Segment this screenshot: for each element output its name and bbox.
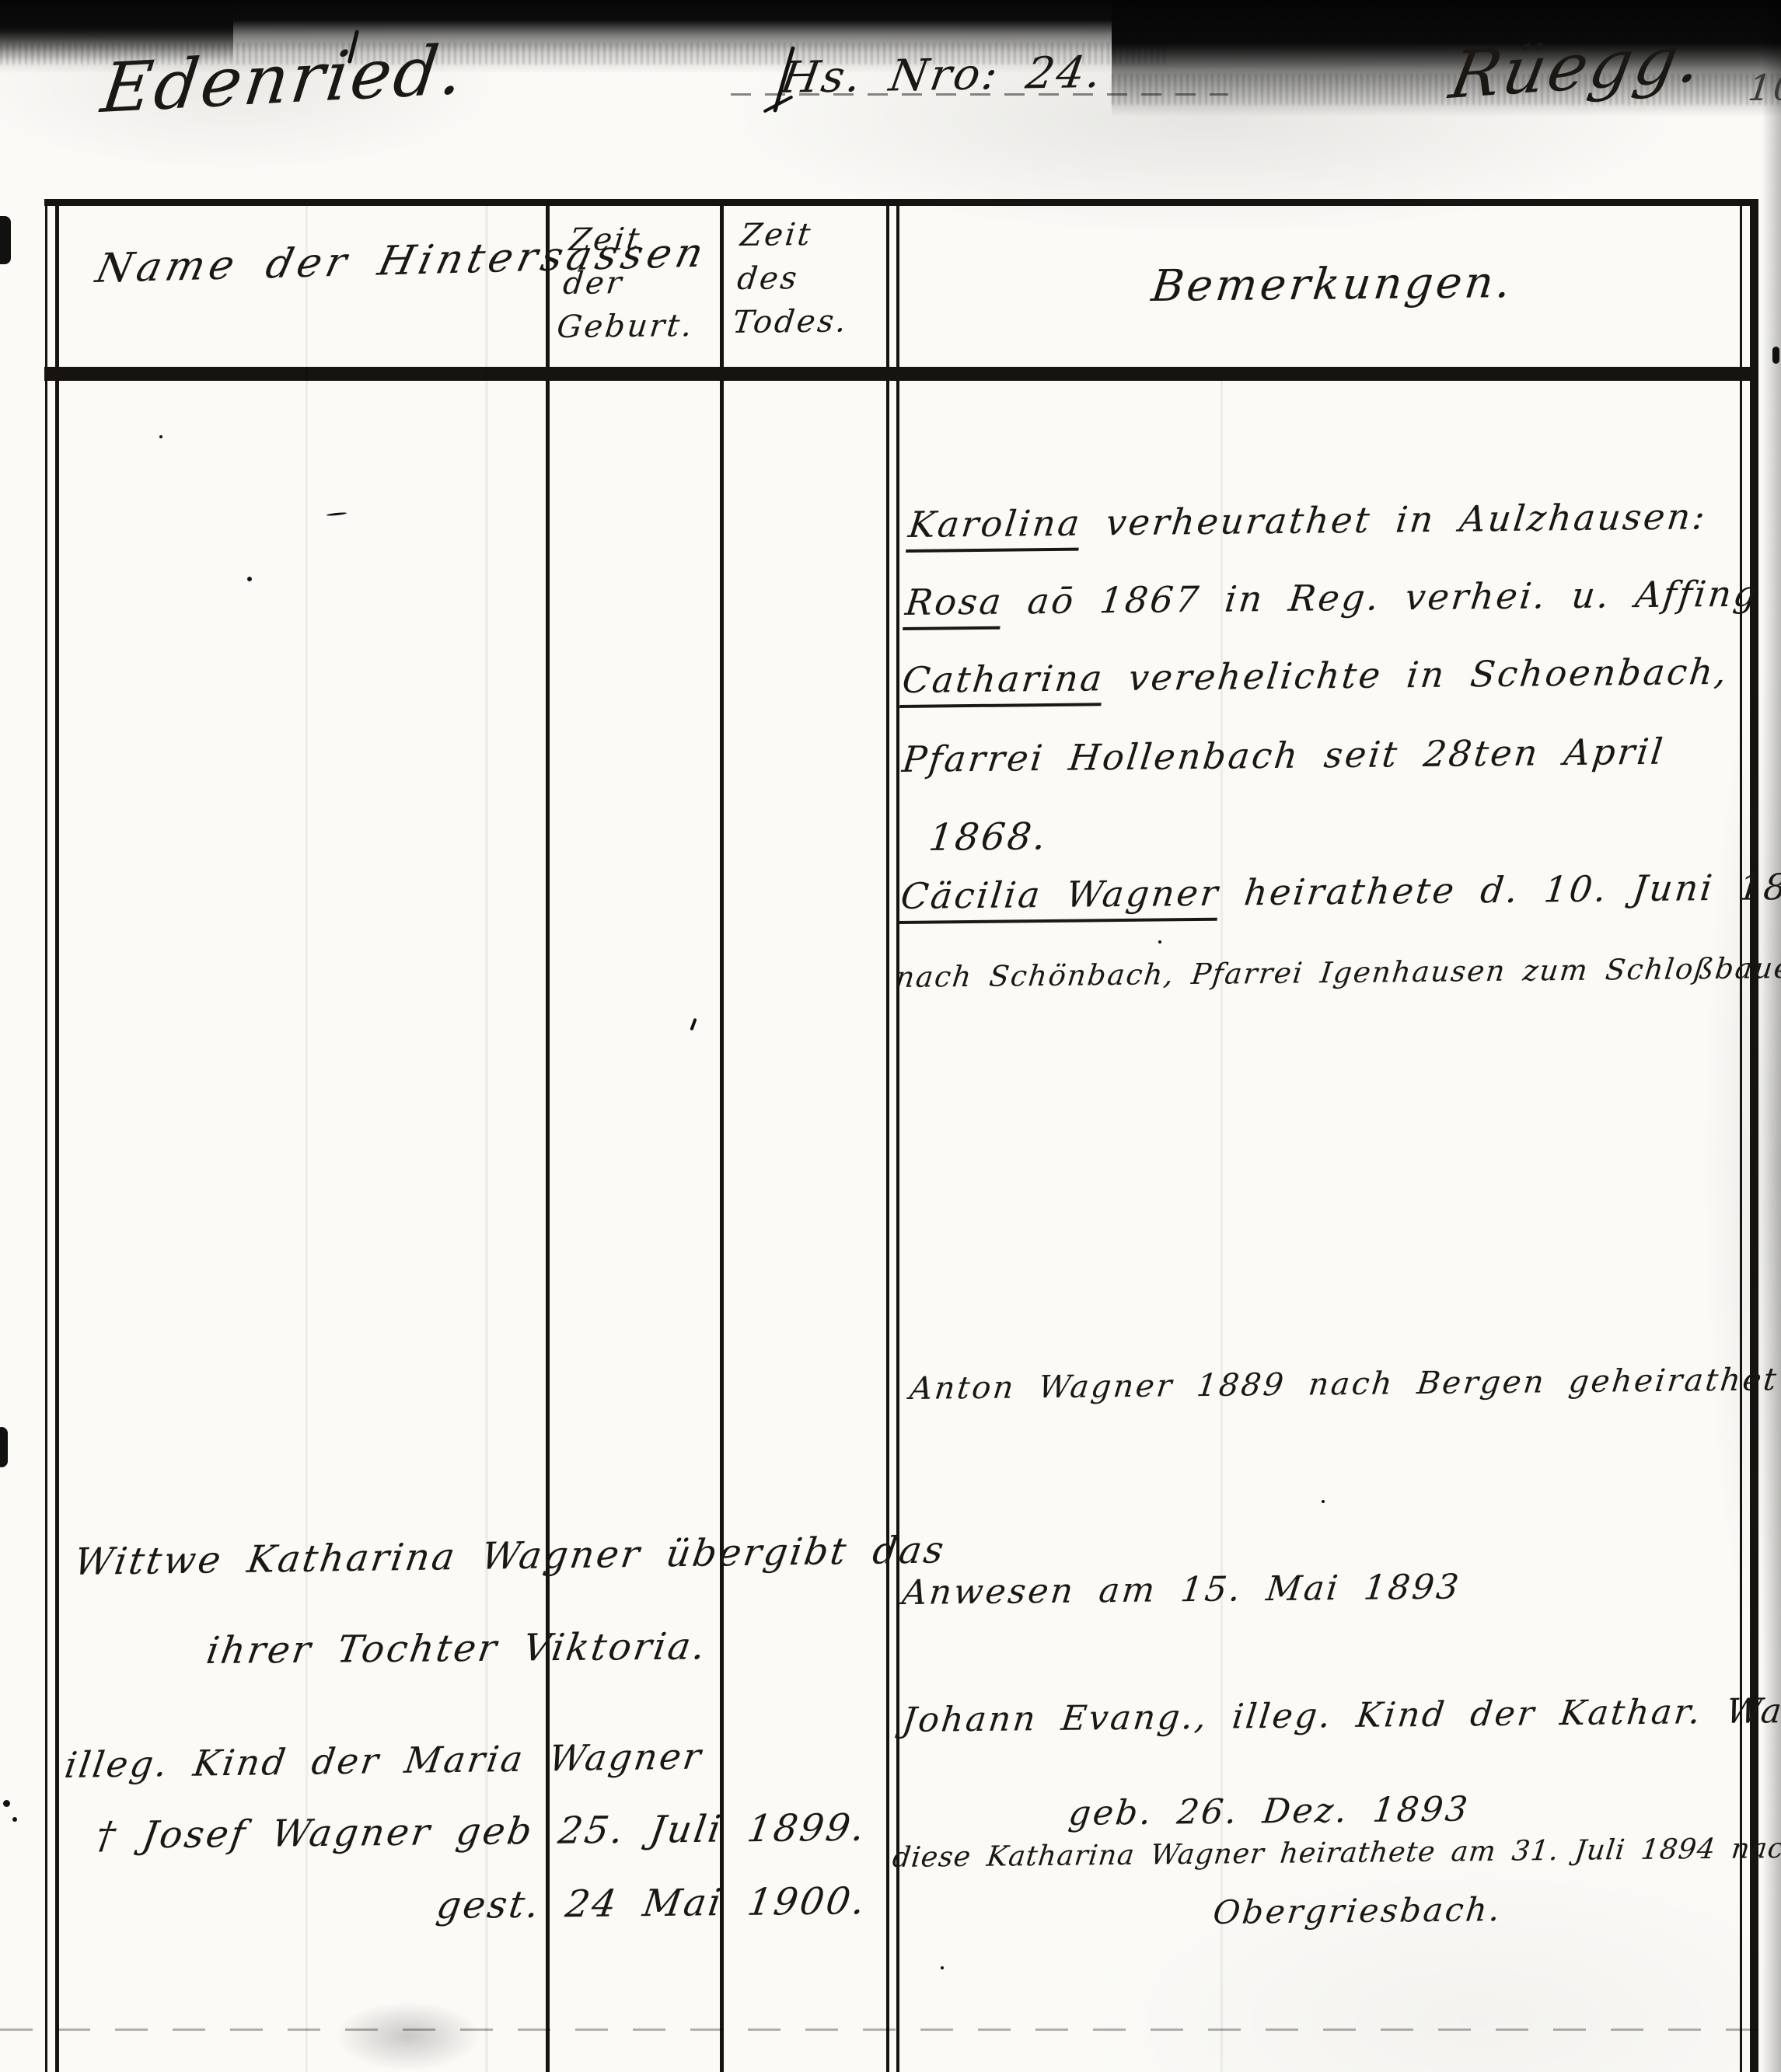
scanned-register-page: Edenried. Hs. Nro: 24. Rüegg. 10 Name de… — [0, 0, 1781, 2072]
col-header-death-line2: des — [735, 260, 801, 297]
remark-johann-line: geb. 26. Dez. 1893 — [1067, 1790, 1472, 1833]
ink-speck — [12, 1817, 17, 1822]
name-entry-line: † Josef Wagner geb 25. Juli 1899. — [93, 1806, 870, 1857]
remark-line: Cäcilia Wagner heirathete d. 10. Juni 18… — [899, 865, 1781, 917]
remark-text: verehelichte in Schoenbach, — [1102, 651, 1730, 699]
table-border-left-inner — [55, 199, 59, 2072]
bottom-smudge — [334, 2001, 482, 2071]
ink-speck — [690, 1018, 697, 1031]
remark-text: aō 1867 in Reg. verhei. u. Affing — [1001, 573, 1762, 623]
ink-speck — [1772, 347, 1779, 364]
col-header-birth-line1: Zeit — [567, 222, 644, 258]
ink-speck — [3, 1800, 10, 1807]
fold-line-1 — [306, 206, 308, 2072]
table-border-left-outer — [45, 199, 47, 2072]
ink-speck — [159, 435, 162, 438]
remark-text: 1868. — [927, 814, 1050, 860]
remark-johann-line: Johann Evang., illeg. Kind der Kathar. W… — [900, 1690, 1781, 1740]
remark-line: Pfarrei Hollenbach seit 28ten April — [900, 731, 1667, 780]
remark-text: heirathete d. 10. Juni 1879 — [1217, 865, 1781, 913]
table-header-separator — [44, 367, 1758, 381]
col-header-death-line1: Zeit — [739, 217, 815, 253]
ink-speck — [1158, 940, 1161, 944]
remark-line: Catharina verehelichte in Schoenbach, — [900, 651, 1731, 701]
underlined-name: Karolina — [906, 502, 1084, 553]
column-divider-birth-death — [720, 199, 724, 2072]
faint-bottom-line — [0, 2028, 1781, 2031]
column-divider-death-remarks-b — [896, 199, 899, 2072]
remark-johann-line: Obergriesbach. — [1211, 1890, 1504, 1931]
underlined-name: Catharina — [899, 657, 1106, 708]
name-entry-line: illeg. Kind der Maria Wagner — [62, 1735, 706, 1786]
page-number: 10 — [1746, 66, 1781, 109]
ink-speck — [941, 1966, 944, 1969]
name-entry-line: gest. 24 Mai 1900. — [434, 1879, 870, 1927]
ink-speck — [247, 577, 252, 581]
col-header-remarks: Bemerkungen. — [1149, 257, 1516, 312]
underlined-name: Rosa — [903, 581, 1006, 630]
col-header-birth-line3: Geburt. — [555, 308, 696, 345]
remark-anton-line: Anton Wagner 1889 nach Bergen geheirathe… — [908, 1362, 1780, 1407]
remark-johann-line: diese Katharina Wagner heirathete am 31.… — [891, 1833, 1781, 1874]
column-divider-name-birth — [546, 199, 550, 2072]
remark-line: nach Schönbach, Pfarrei Igenhausen zum S… — [894, 951, 1781, 994]
remark-text: nach Schönbach, Pfarrei Igenhausen zum S… — [894, 951, 1781, 994]
name-entry-line: Wittwe Katharina Wagner übergibt das — [72, 1528, 948, 1584]
col-header-death-line3: Todes. — [731, 303, 850, 340]
table-border-top — [44, 199, 1758, 206]
remark-line: 1868. — [927, 814, 1050, 860]
scratch-line-artifact — [731, 93, 1228, 96]
edge-mark — [0, 216, 11, 264]
fold-line-2 — [485, 206, 488, 2072]
ink-speck — [327, 512, 347, 517]
table-border-right-outer — [1750, 199, 1758, 2072]
remark-anwesen-line: Anwesen am 15. Mai 1893 — [900, 1567, 1463, 1613]
remark-line: Karolina verheurathet in Aulzhausen: — [906, 495, 1709, 546]
underlined-name: Cäcilia Wagner — [898, 872, 1222, 924]
col-header-birth-line2: der — [561, 265, 626, 302]
column-divider-death-remarks-a — [886, 199, 889, 2072]
edge-mark — [0, 1427, 8, 1467]
remark-text: Pfarrei Hollenbach seit 28ten April — [900, 731, 1667, 780]
table-border-right-inner — [1740, 199, 1742, 2072]
remark-line: Rosa aō 1867 in Reg. verhei. u. Affing — [903, 573, 1761, 623]
scan-edge-right — [1762, 0, 1781, 2072]
name-entry-line: ihrer Tochter Viktoria. — [204, 1624, 711, 1673]
remark-text: verheurathet in Aulzhausen: — [1079, 495, 1709, 543]
ink-speck — [1322, 1500, 1325, 1503]
